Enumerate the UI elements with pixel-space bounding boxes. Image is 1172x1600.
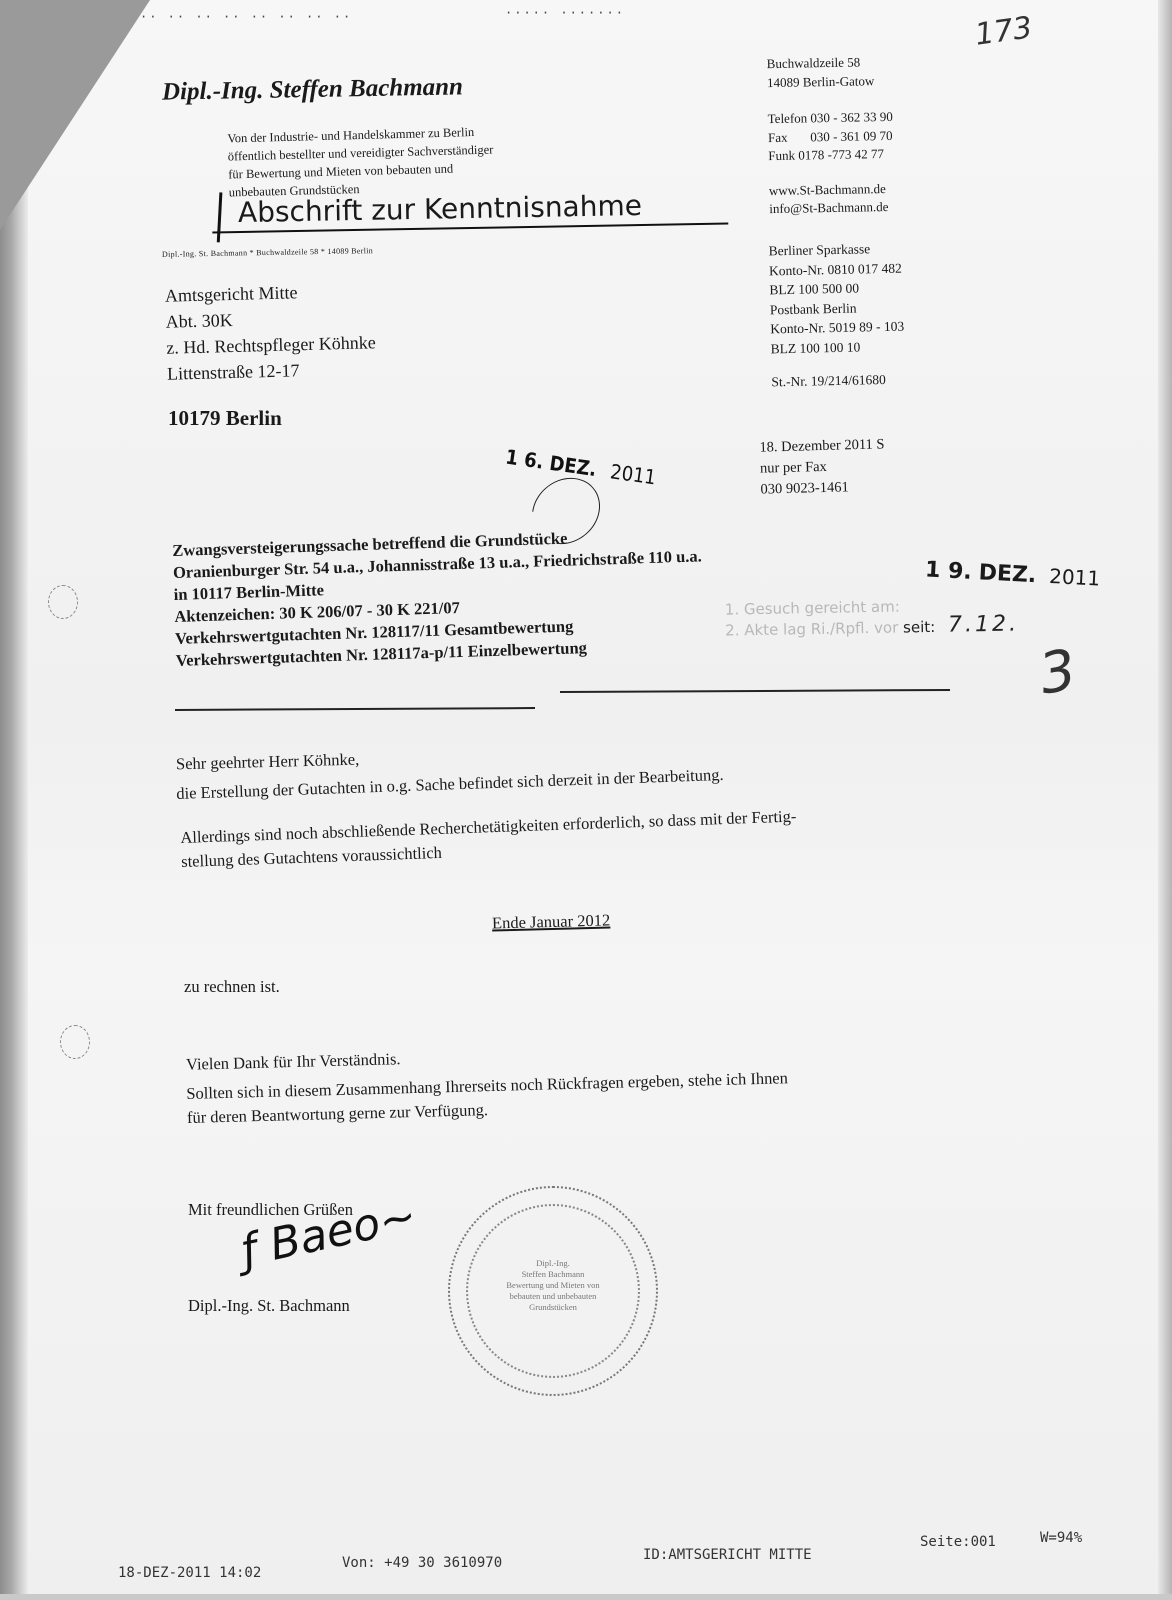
official-seal: Dipl.-Ing. Steffen Bachmann Bewertung un… (448, 1186, 658, 1396)
scan-bottom-edge (0, 1594, 1172, 1600)
punch-hole-icon (48, 585, 78, 619)
fax-header-left: ·· ·· ·· ·· ·· ·· ·· ·· (140, 10, 352, 24)
tax-number: St.-Nr. 19/214/61680 (771, 370, 905, 392)
scan-right-edge (1158, 0, 1172, 1600)
fax-timestamp: 18-DEZ-2011 14:02 (118, 1565, 261, 1581)
signer-name: Dipl.-Ing. St. Bachmann (188, 1296, 350, 1316)
sender-credentials: Von der Industrie- und Handelskammer zu … (227, 123, 494, 202)
folded-corner (0, 0, 150, 230)
paragraph-4: Sollten sich in diesem Zusammenhang Ihre… (186, 1066, 789, 1130)
deadline: Ende Januar 2012 (492, 910, 611, 933)
contact-email: info@St-Bachmann.de (769, 198, 894, 219)
seal-text: Dipl.-Ing. Steffen Bachmann Bewertung un… (450, 1258, 656, 1313)
contact-phone: Telefon 030 - 362 33 90 (768, 108, 893, 129)
handwritten-note: Abschrift zur Kenntnisnahme (212, 188, 729, 234)
punch-hole-icon (60, 1025, 90, 1059)
fax-recipient-id: ID:AMTSGERICHT MITTE (643, 1547, 812, 1563)
bank1-account: Konto-Nr. 0810 017 482 (769, 258, 903, 280)
fax-header-right: ····· ······· (505, 6, 625, 20)
recipient-address: Amtsgericht Mitte Abt. 30K z. Hd. Rechts… (165, 277, 377, 386)
scanned-letter-page: ·· ·· ·· ·· ·· ·· ·· ·· ····· ······· 17… (0, 0, 1172, 1600)
paragraph-3: zu rechnen ist. (184, 977, 280, 997)
contact-block: Buchwaldzeile 58 14089 Berlin-Gatow Tele… (767, 53, 895, 219)
letter-date: 18. Dezember 2011 S (759, 434, 885, 458)
return-address-line: Dipl.-Ing. St. Bachmann * Buchwaldzeile … (162, 246, 373, 259)
contact-street: Buchwaldzeile 58 (767, 53, 892, 74)
subject-underline-right (560, 689, 950, 693)
recipient-line: z. Hd. Rechtspfleger Köhnke (166, 329, 376, 360)
page-number-annotation: 173 (973, 10, 1035, 53)
recipient-city: 10179 Berlin (168, 406, 282, 431)
bank2-account: Konto-Nr. 5019 89 - 103 (770, 317, 904, 339)
fax-page-number: Seite:001 (920, 1534, 996, 1550)
contact-mobile: Funk 0178 -773 42 77 (768, 145, 893, 166)
fax-sender-number: Von: +49 30 3610970 (342, 1555, 502, 1571)
bank-block: Berliner Sparkasse Konto-Nr. 0810 017 48… (768, 239, 905, 392)
salutation: Sehr geehrter Herr Köhnke, (176, 750, 360, 775)
thanks-line: Vielen Dank für Ihr Verständnis. (186, 1049, 401, 1075)
margin-handwritten-number: 3 (1035, 637, 1081, 707)
contact-fax: Fax 030 - 361 09 70 (768, 126, 893, 147)
paragraph-2: Allerdings sind noch abschließende Reche… (180, 804, 798, 873)
subject-underline-left (175, 707, 535, 711)
date-block: 18. Dezember 2011 S nur per Fax 030 9023… (759, 434, 886, 500)
contact-city: 14089 Berlin-Gatow (767, 71, 892, 92)
fax-quality: W=94% (1040, 1530, 1082, 1546)
register-stamp: 1. Gesuch gereicht am: 2. Akte lag Ri./R… (725, 595, 1019, 640)
scan-left-edge (0, 0, 28, 1600)
recipient-fax-number: 030 9023-1461 (760, 476, 886, 500)
second-date-stamp: 1 9. DEZ. 2011 (924, 557, 1100, 591)
sender-name: Dipl.-Ing. Steffen Bachmann (162, 73, 463, 106)
subject-block: Zwangsversteigerungssache betreffend die… (172, 523, 705, 672)
recipient-line: Littenstraße 12-17 (167, 355, 377, 386)
contact-website: www.St-Bachmann.de (769, 179, 894, 200)
